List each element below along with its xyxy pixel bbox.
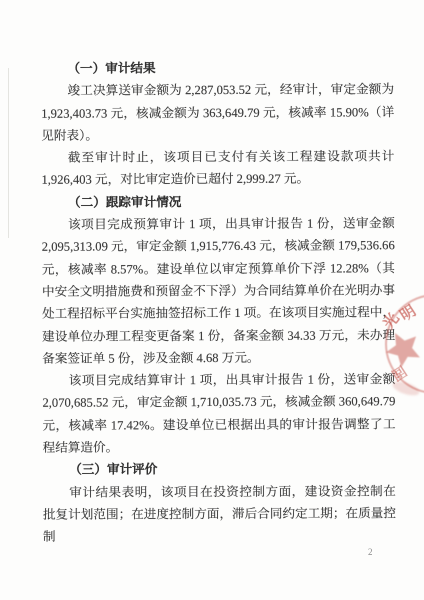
section-heading: （一）审计结果 bbox=[41, 56, 394, 80]
scanned-document-page: （一）审计结果竣工决算送审金额为 2,287,053.52 元，经审计，审定金额… bbox=[0, 0, 424, 600]
scan-edge-artifact bbox=[8, 68, 9, 238]
paragraph: 竣工决算送审金额为 2,287,053.52 元，经审计，审定金额为 1,923… bbox=[41, 79, 394, 147]
paragraph: 该项目完成结算审计 1 项，出具审计报告 1 份，送审金额 2,070,685.… bbox=[42, 368, 395, 459]
section-heading: （三）审计评价 bbox=[43, 458, 396, 482]
page-number: 2 bbox=[368, 547, 373, 557]
section-heading: （二）跟踪审计情况 bbox=[42, 190, 395, 214]
paragraph: 该项目完成预算审计 1 项，出具审计报告 1 份，送审金额 2,095,313.… bbox=[42, 212, 396, 370]
document-body: （一）审计结果竣工决算送审金额为 2,287,053.52 元，经审计，审定金额… bbox=[41, 56, 396, 548]
stamp-ink-smudge bbox=[391, 379, 421, 398]
paragraph: 审计结果表明，该项目在投资控制方面，建设资金控制在批复计划范围；在进度控制方面，… bbox=[43, 480, 396, 548]
stamp-text-char: 明 bbox=[395, 300, 419, 326]
paragraph: 截至审计时止，该项目已支付有关该工程建设款项共计 1,926,403 元，对比审… bbox=[41, 145, 394, 191]
